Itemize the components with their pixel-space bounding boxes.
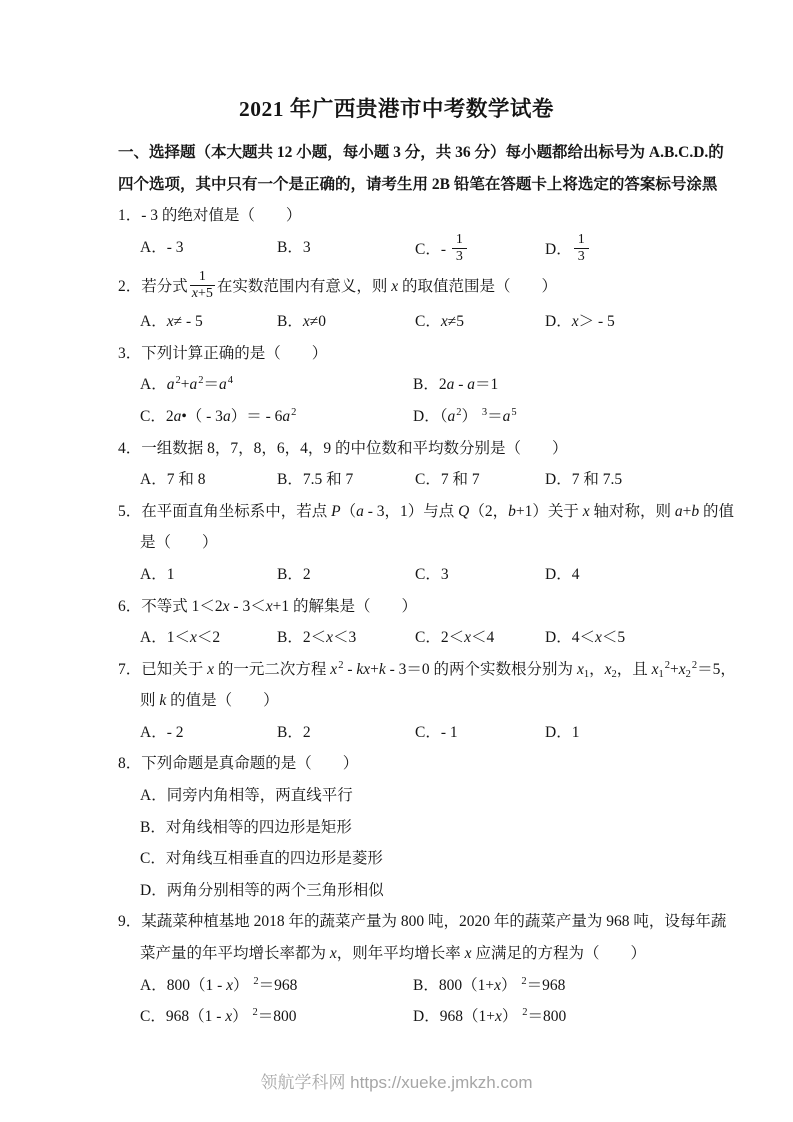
question-text-line: 菜产量的年平均增长率都为 x，则年平均增长率 x 应满足的方程为（ ）	[118, 938, 793, 970]
question-text-line: 8．下列命题是真命题的是（ ）	[118, 748, 793, 780]
option: B．x≠0	[277, 306, 415, 338]
option: A．800（1 - x） 2＝968	[140, 970, 413, 1002]
option: A．a2+a2＝a4	[140, 369, 413, 401]
options: A．1＜x＜2B．2＜x＜3C．2＜x＜4D．4＜x＜5	[118, 622, 793, 654]
option: B．7.5 和 7	[277, 464, 415, 496]
question-text-line: 1．- 3 的绝对值是（ ）	[118, 200, 793, 232]
question-6: 6．不等式 1＜2x - 3＜x+1 的解集是（ ）A．1＜x＜2B．2＜x＜3…	[118, 591, 793, 654]
options: A．同旁内角相等，两直线平行B．对角线相等的四边形是矩形C．对角线互相垂直的四边…	[118, 780, 793, 906]
option: A．- 3	[140, 232, 277, 269]
option: C．968（1 - x） 2＝800	[140, 1001, 413, 1033]
page-title: 2021 年广西贵港市中考数学试卷	[0, 0, 793, 123]
option: B．对角线相等的四边形是矩形	[140, 812, 793, 844]
question-text-line: 3．下列计算正确的是（ ）	[118, 338, 793, 370]
option: A．1＜x＜2	[140, 622, 277, 654]
options: A．- 3B．3C．- 13D．13	[118, 232, 793, 269]
options: A．7 和 8B．7.5 和 7C．7 和 7D．7 和 7.5	[118, 464, 793, 496]
question-3: 3．下列计算正确的是（ ）A．a2+a2＝a4B．2a - a＝1C．2a•（ …	[118, 338, 793, 433]
option: D．7 和 7.5	[545, 464, 793, 496]
watermark: 领航学科网 https://xueke.jmkzh.com	[0, 1068, 793, 1093]
option: B．2	[277, 717, 415, 749]
option: B．800（1+x） 2＝968	[413, 970, 793, 1002]
question-text-line: 5．在平面直角坐标系中，若点 P（a - 3，1）与点 Q（2，b+1）关于 x…	[118, 496, 793, 528]
question-text-line: 是（ ）	[118, 527, 793, 559]
option: A．7 和 8	[140, 464, 277, 496]
section-heading-line: 一、选择题（本大题共 12 小题，每小题 3 分，共 36 分）每小题都给出标号…	[118, 137, 793, 169]
options: A．800（1 - x） 2＝968B．800（1+x） 2＝968C．968（…	[118, 970, 793, 1033]
option: B．2＜x＜3	[277, 622, 415, 654]
option: D．1	[545, 717, 793, 749]
question-8: 8．下列命题是真命题的是（ ）A．同旁内角相等，两直线平行B．对角线相等的四边形…	[118, 748, 793, 906]
option: C．x≠5	[415, 306, 545, 338]
question-1: 1．- 3 的绝对值是（ ）A．- 3B．3C．- 13D．13	[118, 200, 793, 269]
section-heading: 一、选择题（本大题共 12 小题，每小题 3 分，共 36 分）每小题都给出标号…	[118, 137, 793, 200]
question-text-line: 4．一组数据 8，7，8，6，4，9 的中位数和平均数分别是（ ）	[118, 433, 793, 465]
option: A．- 2	[140, 717, 277, 749]
question-9: 9．某蔬菜种植基地 2018 年的蔬菜产量为 800 吨，2020 年的蔬菜产量…	[118, 906, 793, 1032]
options: A．a2+a2＝a4B．2a - a＝1C．2a•（ - 3a）＝ - 6a2D…	[118, 369, 793, 432]
question-2: 2．若分式1x+5在实数范围内有意义，则 x 的取值范围是（ ）A．x≠ - 5…	[118, 269, 793, 338]
option: B．2a - a＝1	[413, 369, 793, 401]
fraction: 1x+5	[190, 269, 215, 302]
option: C．对角线互相垂直的四边形是菱形	[140, 843, 793, 875]
option: D．4＜x＜5	[545, 622, 793, 654]
option: C．7 和 7	[415, 464, 545, 496]
option: B．2	[277, 559, 415, 591]
option: A．同旁内角相等，两直线平行	[140, 780, 793, 812]
question-4: 4．一组数据 8，7，8，6，4，9 的中位数和平均数分别是（ ）A．7 和 8…	[118, 433, 793, 496]
fraction: 13	[574, 232, 589, 265]
option: D．968（1+x） 2＝800	[413, 1001, 793, 1033]
options: A．x≠ - 5B．x≠0C．x≠5D．x＞ - 5	[118, 306, 793, 338]
section-heading-line: 四个选项，其中只有一个是正确的，请考生用 2B 铅笔在答题卡上将选定的答案标号涂…	[118, 169, 793, 201]
question-text-line: 9．某蔬菜种植基地 2018 年的蔬菜产量为 800 吨，2020 年的蔬菜产量…	[118, 906, 793, 938]
question-text-line: 6．不等式 1＜2x - 3＜x+1 的解集是（ ）	[118, 591, 793, 623]
option: B．3	[277, 232, 415, 269]
question-7: 7．已知关于 x 的一元二次方程 x2 - kx+k - 3＝0 的两个实数根分…	[118, 654, 793, 749]
question-text-line: 7．已知关于 x 的一元二次方程 x2 - kx+k - 3＝0 的两个实数根分…	[118, 654, 793, 686]
options: A．1B．2C．3D．4	[118, 559, 793, 591]
option: D．13	[545, 232, 793, 269]
question-list: 1．- 3 的绝对值是（ ）A．- 3B．3C．- 13D．132．若分式1x+…	[118, 200, 793, 1033]
options: A．- 2B．2C．- 1D．1	[118, 717, 793, 749]
option: C．3	[415, 559, 545, 591]
option: C．2＜x＜4	[415, 622, 545, 654]
option: D．4	[545, 559, 793, 591]
option: A．x≠ - 5	[140, 306, 277, 338]
watermark-text: 领航学科网 https://xueke.jmkzh.com	[260, 1073, 532, 1092]
question-text-line: 则 k 的值是（ ）	[118, 685, 793, 717]
exam-content: 一、选择题（本大题共 12 小题，每小题 3 分，共 36 分）每小题都给出标号…	[118, 137, 793, 1033]
option: A．1	[140, 559, 277, 591]
question-5: 5．在平面直角坐标系中，若点 P（a - 3，1）与点 Q（2，b+1）关于 x…	[118, 496, 793, 591]
option: C．2a•（ - 3a）＝ - 6a2	[140, 401, 413, 433]
option: D．两角分别相等的两个三角形相似	[140, 875, 793, 907]
option: C．- 13	[415, 232, 545, 269]
option: D．x＞ - 5	[545, 306, 793, 338]
option: C．- 1	[415, 717, 545, 749]
question-text-line: 2．若分式1x+5在实数范围内有意义，则 x 的取值范围是（ ）	[118, 269, 793, 306]
option: D．（a2） 3＝a5	[413, 401, 793, 433]
fraction: 13	[452, 232, 467, 265]
exam-page: 2021 年广西贵港市中考数学试卷 一、选择题（本大题共 12 小题，每小题 3…	[0, 0, 793, 1122]
